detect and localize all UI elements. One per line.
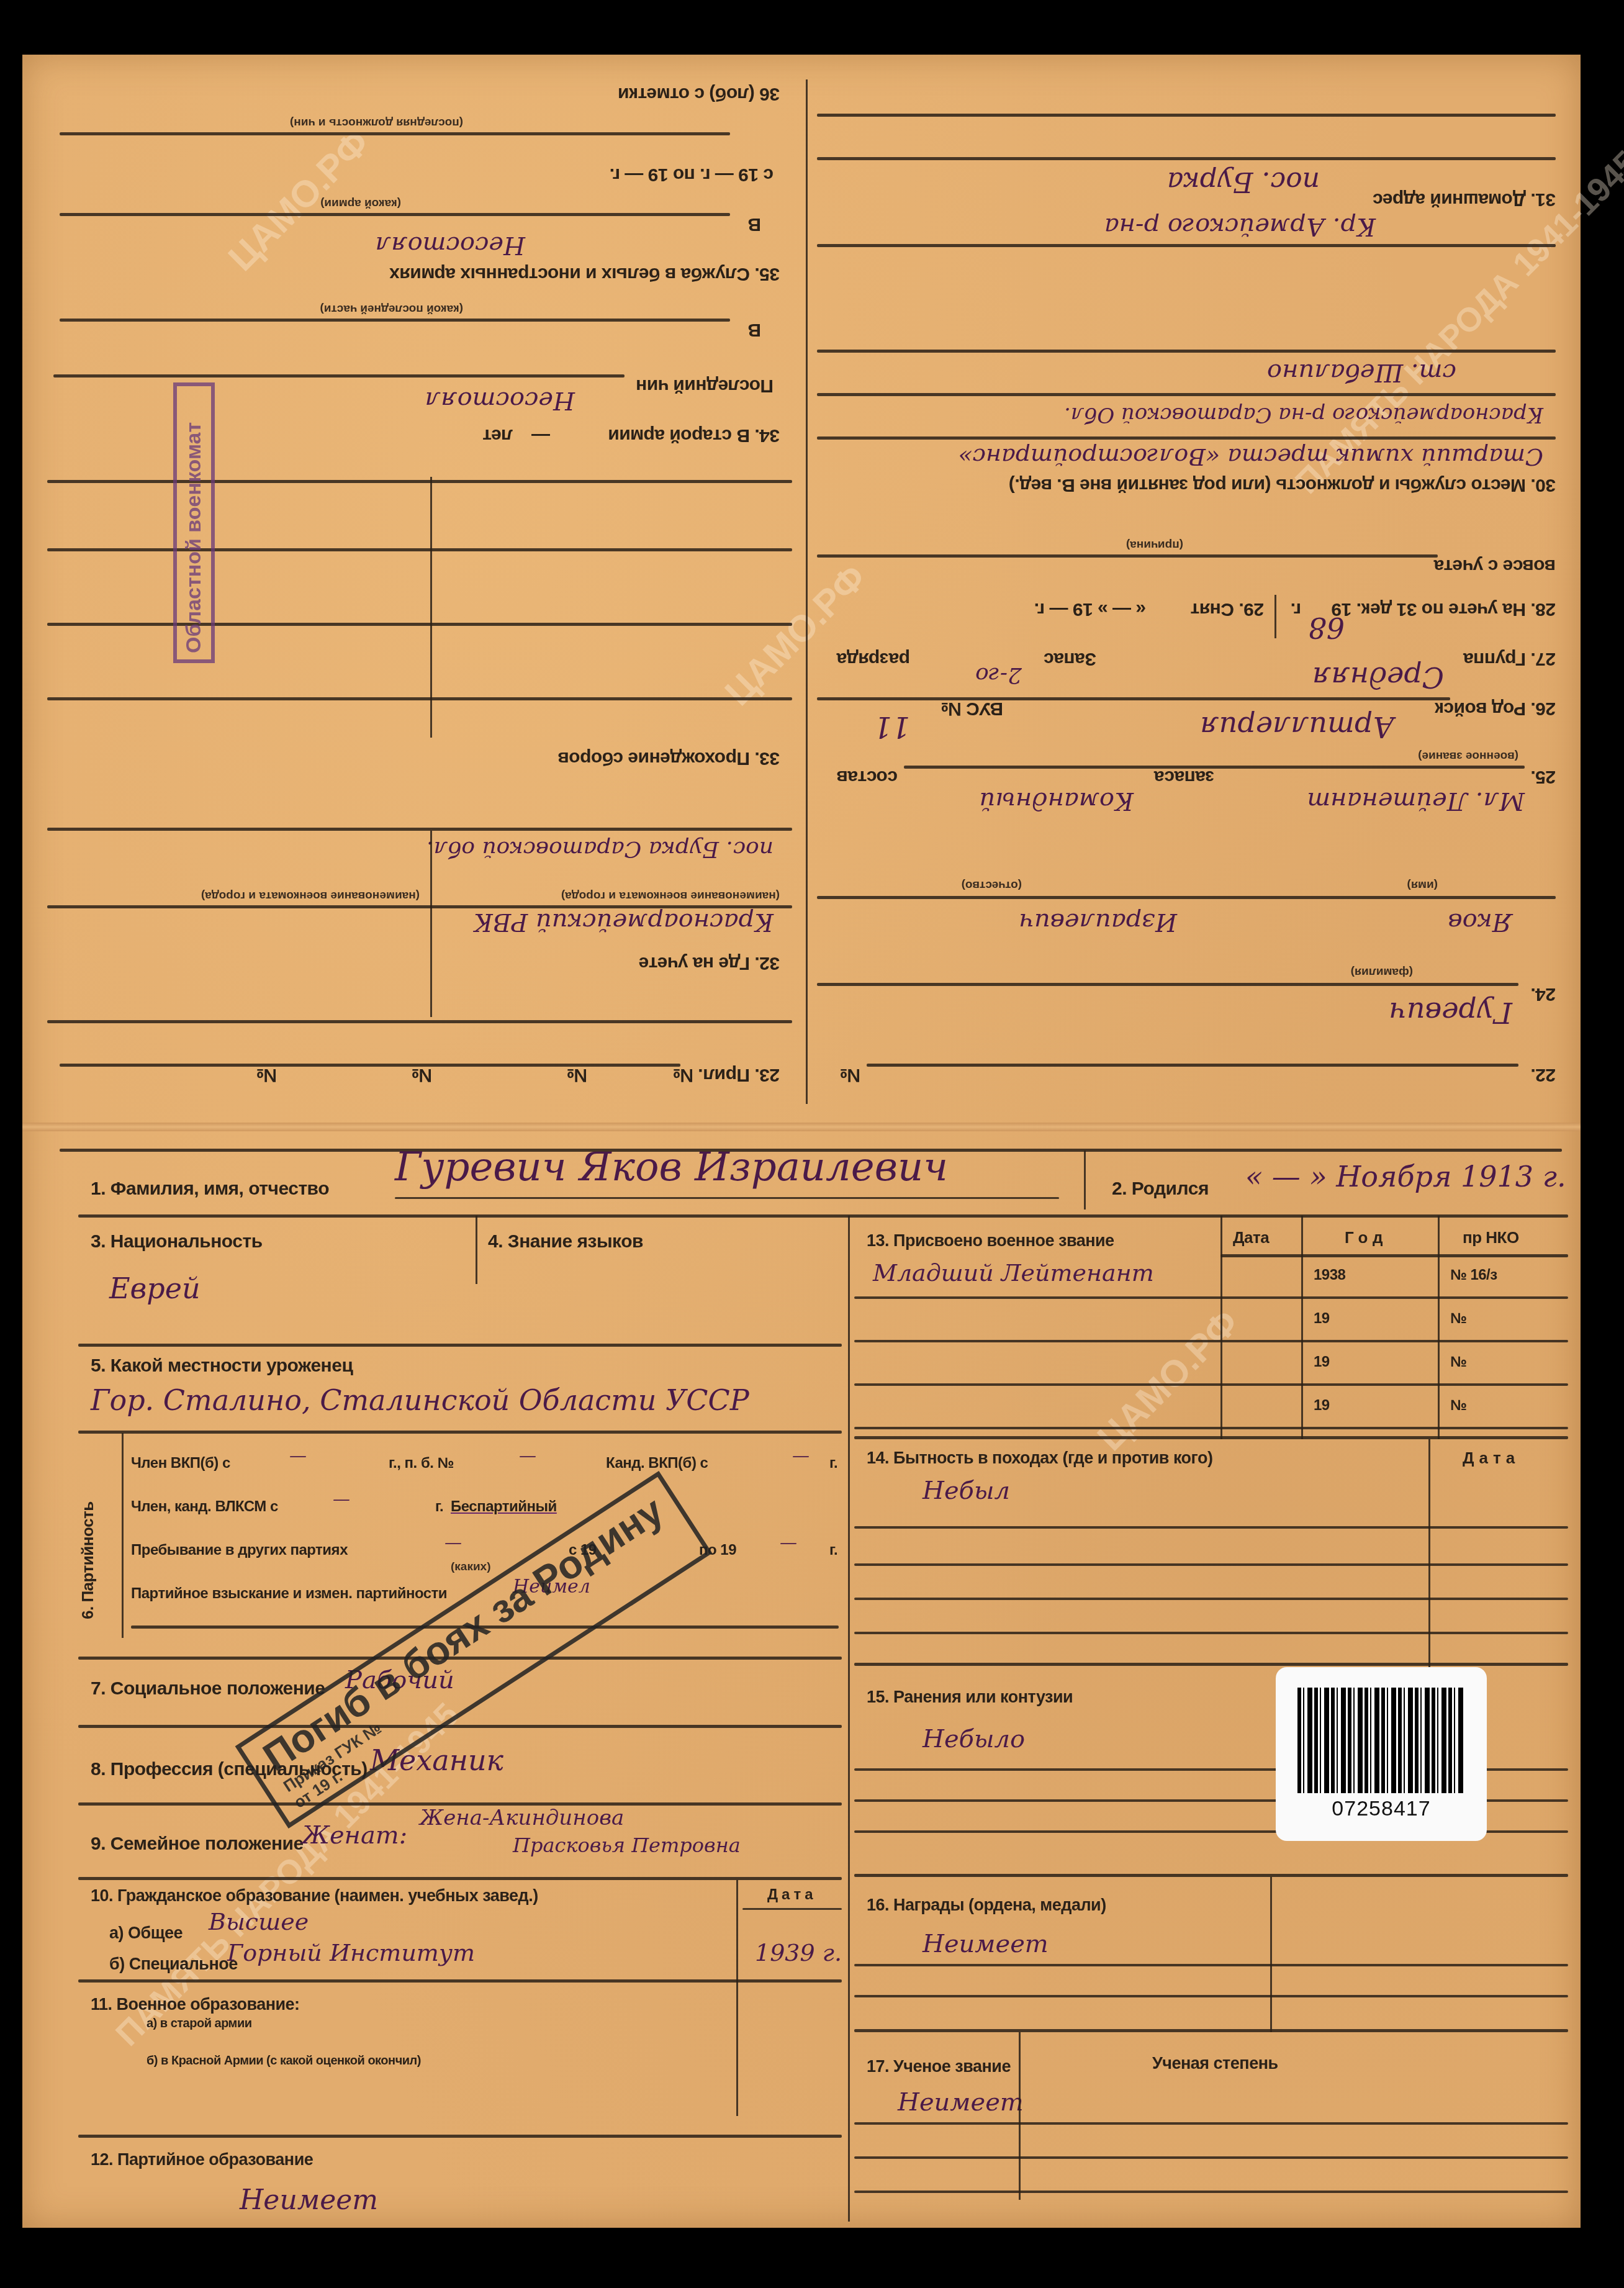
field-13-label: 13. Присвоено военное звание — [867, 1231, 1114, 1250]
field-6-other-suffix: г. — [829, 1542, 837, 1559]
field-33-label: 33. Прохождение сборов — [558, 748, 780, 769]
field-6-vlksm-value: — — [333, 1489, 350, 1509]
field-35-army-value: Несостоял — [376, 231, 525, 260]
field-25-staff: Командный — [980, 787, 1134, 815]
fold-crease — [22, 1123, 1581, 1131]
rank-order: № — [1450, 1310, 1466, 1327]
field-35-period: с 19 — г. по 19 — г. — [610, 164, 774, 185]
field-6-label: 6. Партийность — [78, 1501, 97, 1619]
field-32-value-1: Красноармейский РВК — [474, 908, 774, 936]
field-15-label: 15. Ранения или контузии — [867, 1688, 1073, 1707]
field-24-sub-patronymic: (отчество) — [962, 878, 1022, 892]
rank-order: № — [1450, 1397, 1466, 1414]
field-24-label: 24. — [1531, 983, 1556, 1005]
field-6-cand-label: Канд. ВКП(б) с — [606, 1455, 708, 1472]
field-31-value-2: пос. Бурка — [1167, 166, 1320, 197]
field-6-to-value: — — [780, 1532, 797, 1553]
field-32-sub-commissariat: (наименование военкомата и города) — [561, 889, 780, 902]
field-6-penalty-label: Партийное взыскание и измен. партийности — [131, 1585, 447, 1603]
field-6-suffix: г. — [829, 1455, 837, 1472]
field-16-label: 16. Награды (ордена, медали) — [867, 1896, 1106, 1915]
field-29-value: « — » 19 — г. — [1034, 599, 1146, 620]
field-11-a-label: а) в старой армии — [147, 2017, 251, 2031]
stamp-line-1: Погиб в боях за Родину — [255, 1488, 671, 1779]
field-34-label: 34. В старой армии — [608, 425, 780, 446]
field-29-reason-sub: (причина) — [1126, 538, 1183, 551]
field-11-label: 11. Военное образование: — [91, 1995, 300, 2014]
field-32-label: 32. Где на учете — [639, 952, 780, 974]
field-1-value: Гуревич Яков Израилевич — [395, 1144, 948, 1190]
field-10-general-value: Высшее — [209, 1908, 309, 1935]
field-26-label: 26. Род войск — [1435, 698, 1556, 719]
field-35-position-sub: (последняя должность и чин) — [290, 115, 463, 129]
field-23-label: 23. Прил. № — [673, 1064, 780, 1085]
table-rule — [854, 1296, 1568, 1299]
field-6-vlksm-label: Член, канд. ВЛКСМ с — [131, 1498, 278, 1516]
field-14-label: 14. Бытность в походах (где и против ког… — [867, 1449, 1212, 1468]
field-7-label: 7. Социальное положение — [91, 1678, 325, 1699]
field-25-rank: Мл. Лейтенант — [1307, 787, 1525, 815]
field-6-card-label: г., п. б. № — [389, 1455, 454, 1472]
field-13-col-date: Дата — [1233, 1228, 1269, 1247]
field-23-slot: № — [567, 1064, 587, 1085]
field-36-label: 36 (лоб) с отметки — [618, 83, 780, 104]
field-10-date-header: Дата — [767, 1886, 817, 1904]
field-27-value: Средняя — [1312, 661, 1444, 694]
field-34-last-rank-label: Последний чин — [636, 375, 774, 396]
field-35-in-label: В — [748, 214, 761, 235]
archive-barcode-sticker: 07258417 — [1276, 1667, 1487, 1841]
field-1-label: 1. Фамилия, имя, отчество — [91, 1178, 329, 1200]
field-31-value-1: Кр. Армейского р-на — [1104, 212, 1376, 241]
field-25-reserve: запаса — [1154, 766, 1214, 787]
rank-order: № 16/з — [1450, 1267, 1497, 1284]
field-10-special-date: 1939 г. — [755, 1939, 842, 1966]
field-23-slot: № — [256, 1064, 277, 1085]
watermark-camo: ЦАМО.РФ — [1089, 1301, 1247, 1459]
rank-entry: Младший Лейтенант — [873, 1259, 1154, 1286]
record-card: ЦАМО.РФ ЦАМО.РФ ЦАМО.РФ ПАМЯТЬ НАРОДА 19… — [22, 55, 1581, 2228]
field-34-unit-sub: (какой последней части) — [320, 302, 463, 315]
field-12-label: 12. Партийное образование — [91, 2150, 313, 2169]
field-4-label: 4. Знание языков — [488, 1231, 643, 1252]
field-5-label: 5. Какой местности уроженец — [91, 1355, 353, 1377]
field-2-label: 2. Родился — [1112, 1178, 1209, 1200]
field-10-special-label: б) Специальное — [109, 1955, 238, 1974]
field-22-number: № — [840, 1064, 860, 1085]
field-6-other-value: — — [444, 1532, 462, 1553]
field-16-value: Неимеет — [923, 1930, 1049, 1958]
field-22-label: 22. — [1531, 1064, 1556, 1085]
field-35-army-sub: (какой армии) — [320, 196, 401, 210]
spouse-line-2: Прасковья Петровна — [513, 1834, 741, 1857]
field-30-value-2: Красноармейского р-на Саратовской Обл. — [1064, 402, 1543, 427]
field-28-label: 28. На учете по 31 дек. 19 — [1332, 599, 1556, 620]
field-24-patronymic: Израилевич — [1019, 908, 1177, 936]
field-6-other-label: Пребывание в других партиях — [131, 1542, 348, 1559]
field-24-surname: Гуревич — [1389, 996, 1512, 1029]
field-17-degree-label: Ученая степень — [1152, 2054, 1278, 2073]
field-6-nonparty: Беспартийный — [451, 1498, 557, 1516]
field-30-value-3: ст. Шебалино — [1267, 358, 1456, 387]
field-2-value: « — » Ноября 1913 г. — [1245, 1160, 1566, 1193]
field-14-date-header: Дата — [1463, 1449, 1520, 1468]
field-13-col-year: Год — [1345, 1228, 1388, 1247]
field-6-vlksm-suffix: г. — [435, 1498, 443, 1516]
rank-order: № — [1450, 1354, 1466, 1371]
field-28-value: 68 — [1308, 611, 1345, 644]
barcode-number: 07258417 — [1332, 1797, 1430, 1821]
military-commissariat-stamp: Областной военкомат — [173, 382, 215, 663]
field-28-suffix: г. — [1291, 599, 1301, 620]
field-3-value: Еврей — [109, 1272, 201, 1305]
field-6-member-value: — — [289, 1445, 307, 1466]
field-31-label: 31. Домашний адрес — [1373, 189, 1556, 210]
upper-half-inverted: 22. № 24. Гуревич (фамилия) Яков Израиле… — [22, 55, 1581, 1123]
field-34-last-rank-value: Несостоял — [425, 386, 575, 415]
field-9-value: Женат: — [302, 1821, 407, 1850]
field-27-category: разряда — [837, 648, 910, 669]
field-25-label: 25. — [1531, 766, 1556, 787]
field-24-name: Яков — [1448, 908, 1512, 936]
field-13-col-order: пр НКО — [1463, 1228, 1519, 1247]
table-rule — [854, 1383, 1568, 1386]
field-3-label: 3. Национальность — [91, 1231, 263, 1252]
field-29-label: 29. Снят — [1191, 599, 1264, 620]
rank-year: 19 — [1314, 1354, 1330, 1371]
field-10-general-label: а) Общее — [109, 1924, 183, 1943]
field-34-in-label: В — [748, 319, 761, 340]
field-27-label: 27. Группа — [1464, 648, 1556, 669]
rank-year: 19 — [1314, 1397, 1330, 1414]
field-10-label: 10. Гражданское образование (наимен. уче… — [91, 1886, 538, 1906]
field-30-label: 30. Место службы и должность (или род за… — [1009, 474, 1556, 495]
field-35-label: 35. Служба в белых и иностранных армиях — [390, 263, 780, 284]
field-27-reserve-label: Запас — [1044, 648, 1096, 669]
field-32-value-2: пос. Бурка Саратовской обл. — [426, 836, 774, 862]
field-6-card-value: — — [519, 1445, 536, 1466]
field-24-sub-surname: (фамилия) — [1351, 965, 1413, 979]
field-17-value: Неимеет — [898, 2088, 1024, 2117]
field-30-value-1: Старший химик треста «Волгостройтранс» — [958, 443, 1543, 471]
field-26-value: Артиллерия — [1200, 710, 1394, 744]
field-29-removed: вовсе с учета — [1434, 555, 1556, 576]
field-26-vus-value: 11 — [873, 710, 910, 744]
field-27-reserve-value: 2-го — [975, 662, 1022, 688]
field-23-slot: № — [412, 1064, 432, 1085]
field-11-b-label: б) в Красной Армии (с какой оценкой окон… — [147, 2054, 421, 2068]
field-6-member-label: Член ВКП(б) с — [131, 1455, 230, 1472]
field-6-cand-value: — — [792, 1445, 810, 1466]
barcode-icon — [1297, 1688, 1465, 1793]
field-34-years-suffix: лет — [483, 425, 513, 446]
field-34-years: — — [532, 425, 551, 446]
rank-year: 19 — [1314, 1310, 1330, 1327]
field-15-value: Небыло — [923, 1725, 1025, 1753]
spouse-line-1: Жена-Акиндинова — [420, 1806, 624, 1830]
field-10-special-value: Горный Институт — [227, 1939, 475, 1966]
field-26-vus-label: ВУС № — [941, 698, 1003, 719]
table-rule — [854, 1340, 1568, 1342]
field-17-label: 17. Ученое звание — [867, 2057, 1011, 2076]
field-25-staff-label: состав — [837, 766, 898, 787]
field-14-value: Небыл — [923, 1476, 1010, 1505]
field-24-sub-name: (имя) — [1407, 878, 1438, 892]
field-5-value: Гор. Сталино, Сталинской Области УССР — [91, 1383, 749, 1417]
field-25-sub: (военное звание) — [1418, 749, 1518, 762]
table-rule — [854, 1427, 1568, 1429]
field-6-other-sub: (каких) — [451, 1560, 491, 1574]
rank-year: 1938 — [1314, 1267, 1345, 1284]
field-9-label: 9. Семейное положение — [91, 1834, 304, 1855]
field-12-value: Неимеет — [240, 2184, 378, 2216]
field-32-sub-commissariat: (наименование военкомата и города) — [201, 889, 420, 902]
